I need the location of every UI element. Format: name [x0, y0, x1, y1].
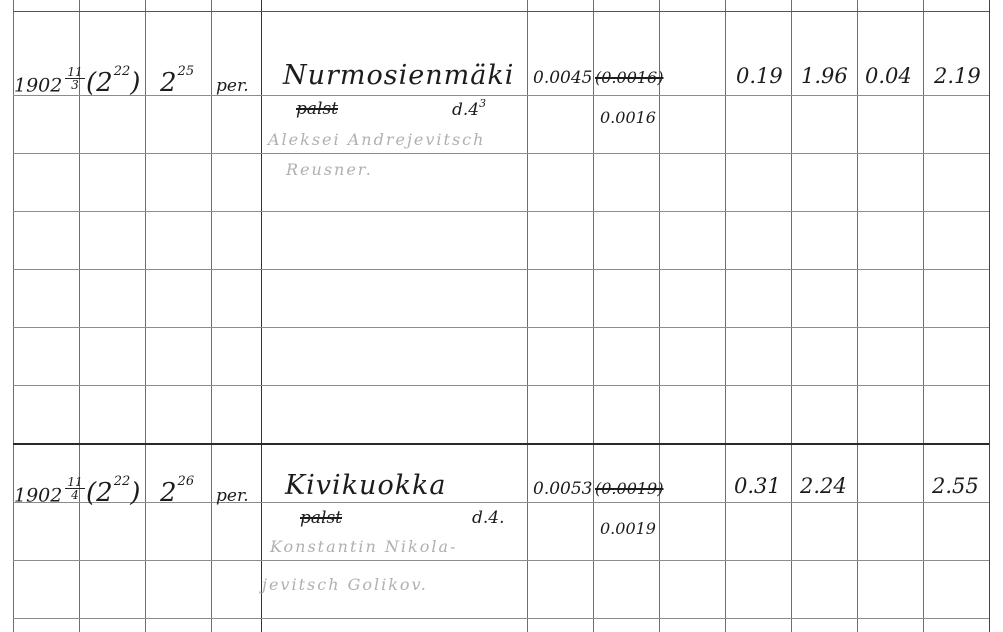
- row-divider: [13, 11, 989, 12]
- value-col-1: 0.19: [736, 64, 783, 88]
- ledger-grid: [0, 0, 1003, 632]
- struck-word: palst: [296, 99, 338, 119]
- area-value: 0.0053: [533, 479, 592, 499]
- number-power: 226: [160, 478, 194, 508]
- total-value: 2.19: [934, 64, 981, 88]
- area-corrected-value: 0.0019: [600, 519, 656, 538]
- per-label: per.: [216, 76, 249, 96]
- ref-power: (222): [86, 68, 140, 98]
- area-corrected-value: 0.0016: [600, 108, 656, 127]
- row-divider: [13, 385, 989, 386]
- district: d.4.: [472, 508, 505, 528]
- value-col-3: 0.04: [865, 64, 912, 88]
- value-col-1: 0.31: [734, 474, 781, 498]
- ref-power: (222): [86, 478, 140, 508]
- entry-date: 1902114: [14, 484, 85, 509]
- area-struck-value: (0.0019): [595, 479, 663, 498]
- owner-name-line1: Konstantin Nikola-: [270, 537, 457, 556]
- row-divider: [13, 269, 989, 270]
- value-col-2: 1.96: [801, 64, 848, 88]
- place-name: Kivikuokka: [285, 470, 447, 501]
- column-divider: [989, 0, 990, 632]
- entry-date: 1902113: [14, 74, 85, 99]
- row-divider: [13, 153, 989, 154]
- place-name: Nurmosienmäki: [283, 60, 514, 91]
- number-power: 225: [160, 68, 194, 98]
- row-divider: [13, 560, 989, 561]
- area-struck-value: (0.0016): [595, 68, 663, 87]
- district: d.43: [452, 100, 486, 120]
- owner-name-line1: Aleksei Andrejevitsch: [268, 130, 485, 149]
- value-col-2: 2.24: [800, 474, 847, 498]
- row-divider: [13, 211, 989, 212]
- entry-separator: [13, 443, 989, 445]
- date-year: 1902: [14, 75, 62, 97]
- struck-word: palst: [300, 508, 342, 528]
- owner-name-line2: Reusner.: [286, 160, 373, 179]
- date-fraction: 113: [65, 66, 84, 91]
- date-fraction: 114: [65, 476, 84, 501]
- owner-name-line2: jevitsch Golikov.: [262, 575, 428, 594]
- area-value: 0.0045: [533, 68, 592, 88]
- row-divider: [13, 618, 989, 619]
- row-divider: [13, 327, 989, 328]
- total-value: 2.55: [932, 474, 979, 498]
- date-year: 1902: [14, 485, 62, 507]
- per-label: per.: [216, 486, 249, 506]
